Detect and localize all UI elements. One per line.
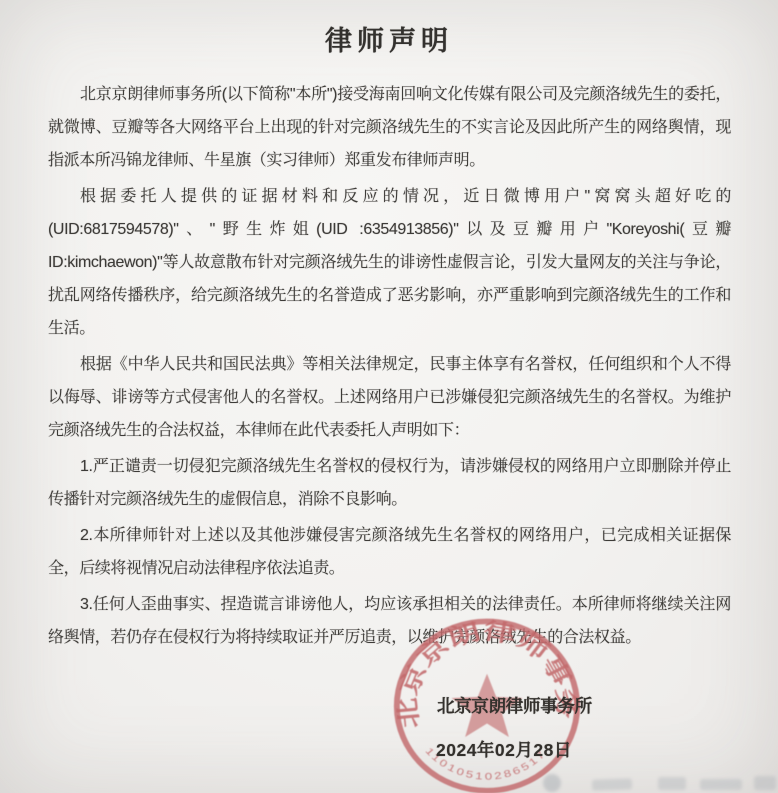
seal-firm-name: 北京京朗律师事务所 bbox=[437, 693, 592, 718]
seal-date: 2024年02月28日 bbox=[436, 737, 572, 762]
statement-item-2: 2.本所律师针对上述以及其他涉嫌侵害完颜洛绒先生名誉权的网络用户，已完成相关证据… bbox=[48, 519, 731, 585]
law-firm-seal: 北京京朗律师事务所 11010510286517 北京京朗律师事务所 2024年… bbox=[389, 614, 585, 793]
statement-item-1: 1.严正谴责一切侵犯完颜洛绒先生名誉权的侵权行为，请涉嫌侵权的网络用户立即删除并… bbox=[48, 450, 731, 516]
paragraph-intro: 北京京朗律师事务所(以下简称"本所")接受海南回响文化传媒有限公司及完颜洛绒先生… bbox=[48, 78, 731, 177]
document-title: 律师声明 bbox=[0, 0, 778, 58]
document-page: 律师声明 北京京朗律师事务所(以下简称"本所")接受海南回响文化传媒有限公司及完… bbox=[0, 0, 778, 793]
paragraph-legal-basis: 根据《中华人民共和国民法典》等相关法律规定，民事主体享有名誉权，任何组织和个人不… bbox=[48, 348, 731, 447]
paragraph-facts: 根据委托人提供的证据材料和反应的情况，近日微博用户"窝窝头超好吃的(UID:68… bbox=[48, 180, 731, 345]
document-body: 北京京朗律师事务所(以下简称"本所")接受海南回响文化传媒有限公司及完颜洛绒先生… bbox=[0, 78, 778, 654]
